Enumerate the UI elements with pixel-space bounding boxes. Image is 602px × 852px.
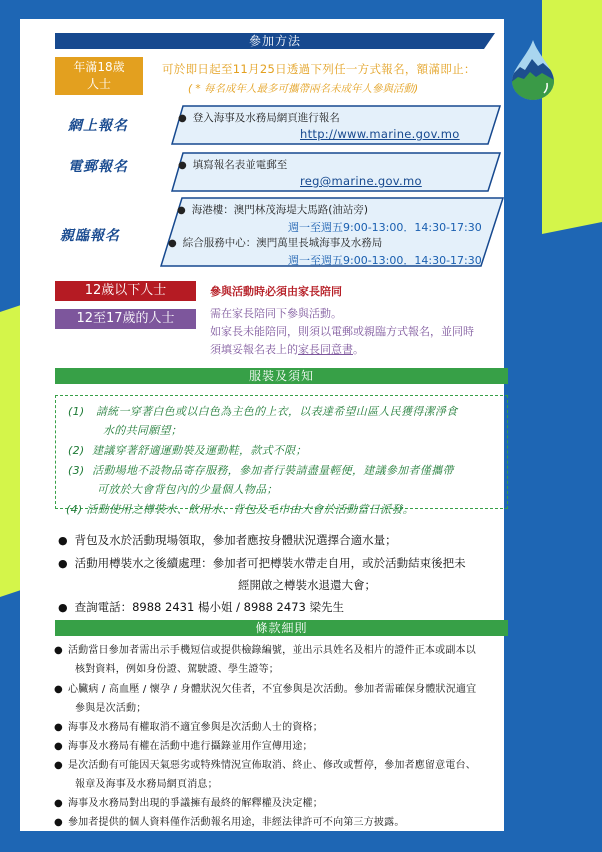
adult-registration-text: 可於即日起至11月25日透過下列任一方式報名，額滿即止：: [162, 61, 476, 77]
age12to17-line2: 如家長未能陪同，則須以電郵或親臨方式報名，並同時: [210, 323, 520, 341]
notice-item-2: 活動用樽裝水之後續處理：參加者可把樽裝水帶走自用，或於活動結束後把未: [58, 555, 466, 571]
dress-item-1-num: (1): [68, 405, 84, 418]
registration-email-link[interactable]: reg@marine.gov.mo: [300, 174, 422, 188]
method-label-in-person: 親臨報名: [60, 225, 120, 245]
section-title-registration: 參加方法: [55, 33, 495, 49]
term-item-7: 參加者提供的個人資料僅作活動報名用途，非經法律許可不向第三方披露。: [54, 813, 405, 828]
email-bullet: 填寫報名表並電郵至: [178, 157, 287, 172]
term-item-6: 海事及水務局對出現的爭議擁有最終的解釋權及決定權；: [54, 794, 323, 809]
decorative-lime-shape-right: [542, 0, 602, 852]
section-title-terms: 條款細則: [55, 620, 508, 636]
method-label-email: 電郵報名: [68, 156, 128, 176]
parental-consent-form-link[interactable]: 家長同意書: [298, 343, 353, 356]
flyer-page: 參加方法 年滿18歲 人士 可於即日起至11月25日透過下列任一方式報名，額滿即…: [20, 19, 504, 831]
age-badge-adult-line2: 人士: [55, 76, 143, 93]
age12to17-line3-prefix: 須填妥報名表上的: [210, 343, 298, 356]
dress-item-1: (1) 請統一穿著白色或以白色為主色的上衣，以表達希望山區人民獲得潔淨食: [68, 403, 457, 419]
location-harbour-building: 海港樓：澳門林茂海堤大馬路(油站旁): [177, 202, 368, 217]
age12to17-line3-suffix: 。: [353, 343, 364, 356]
term-item-2: 心臟病 / 高血壓 / 懷孕 / 身體狀況欠佳者，不宜參與是次活動。參加者需確保…: [54, 680, 476, 695]
age-badge-adult: 年滿18歲 人士: [55, 57, 143, 95]
dress-item-4-num: (4): [66, 503, 82, 516]
dress-item-3-num: (3): [68, 464, 84, 477]
notice-item-3-contact-phone: 查詢電話：8988 2431 楊小姐 / 8988 2473 梁先生: [58, 599, 344, 615]
age12to17-line3: 須填妥報名表上的家長同意書。: [210, 341, 520, 359]
term-item-5: 是次活動有可能因天氣惡劣或特殊情況宣佈取消、終止、修改或暫停，參加者應留意電台、: [54, 756, 476, 771]
age12to17-text: 需在家長陪同下參與活動。 如家長未能陪同，則須以電郵或親臨方式報名，並同時 須填…: [210, 305, 520, 359]
online-bullet: 登入海事及水務局網頁進行報名: [178, 110, 340, 125]
dress-item-3-line2: 可放於大會背包內的少量個人物品；: [97, 481, 278, 497]
term-item-2-line2: 參與是次活動；: [75, 699, 146, 714]
term-item-3: 海事及水務局有權取消不適宜參與是次活動人士的資格；: [54, 718, 323, 733]
dress-item-2: (2) 建議穿著舒適運動裝及運動鞋，款式不限；: [68, 442, 307, 458]
dress-item-3: (3) 活動場地不設物品寄存服務，參加者行裝請盡量輕便，建議參加者僅攜帶: [68, 462, 454, 478]
dress-item-4-line1: 活動使用之樽裝水、飲用水、背包及毛巾由大會於活動當日派發。: [86, 503, 414, 516]
notice-item-1: 背包及水於活動現場領取，參加者應按身體狀況選擇合適水量；: [58, 532, 397, 548]
age-badge-12to17: 12至17歲的人士: [55, 309, 196, 329]
method-label-online: 網上報名: [68, 115, 128, 135]
dress-item-2-num: (2): [68, 444, 84, 457]
marine-website-link[interactable]: http://www.marine.gov.mo: [300, 127, 460, 141]
age-badge-adult-line1: 年滿18歲: [55, 59, 143, 76]
dress-item-3-line1: 活動場地不設物品寄存服務，參加者行裝請盡量輕便，建議參加者僅攜帶: [92, 464, 454, 477]
dress-item-4: (4) 活動使用之樽裝水、飲用水、背包及毛巾由大會於活動當日派發。: [66, 501, 414, 517]
dress-item-2-line1: 建議穿著舒適運動裝及運動鞋，款式不限；: [92, 444, 307, 457]
location-service-center: 綜合服務中心：澳門萬里長城海事及水務局: [168, 235, 382, 250]
term-item-1: 活動當日參加者需出示手機短信或提供檢錄編號，並出示具姓名及相片的證件正本或副本以: [54, 641, 476, 656]
age12to17-line1: 需在家長陪同下參與活動。: [210, 305, 520, 323]
age-badge-under12: 12歲以下人士: [55, 281, 196, 301]
location-service-center-hours: 週一至週五9:00-13:00．14:30-17:30: [288, 252, 482, 268]
water-drop-mountain-icon: [510, 39, 556, 101]
location-harbour-building-hours: 週一至週五9:00-13:00．14:30-17:30: [288, 219, 482, 235]
dress-item-1-line2: 水的共同願望；: [103, 422, 182, 438]
under12-text: 參與活動時必須由家長陪同: [210, 283, 342, 299]
term-item-1-line2: 核對資料，例如身份證、駕駛證、學生證等；: [75, 660, 279, 675]
dress-item-1-line1: 請統一穿著白色或以白色為主色的上衣，以表達希望山區人民獲得潔淨食: [96, 405, 458, 418]
notice-item-2-line2: 經開啟之樽裝水退還大會；: [238, 577, 376, 593]
section-title-dress-code: 服裝及須知: [55, 368, 508, 384]
term-item-5-line2: 報章及海事及水務局網頁消息；: [75, 775, 218, 790]
term-item-4: 海事及水務局有權在活動中進行攝錄並用作宣傳用途；: [54, 737, 313, 752]
adult-registration-note: ( * 每名成年人最多可攜帶兩名未成年人參與活動): [188, 81, 418, 96]
